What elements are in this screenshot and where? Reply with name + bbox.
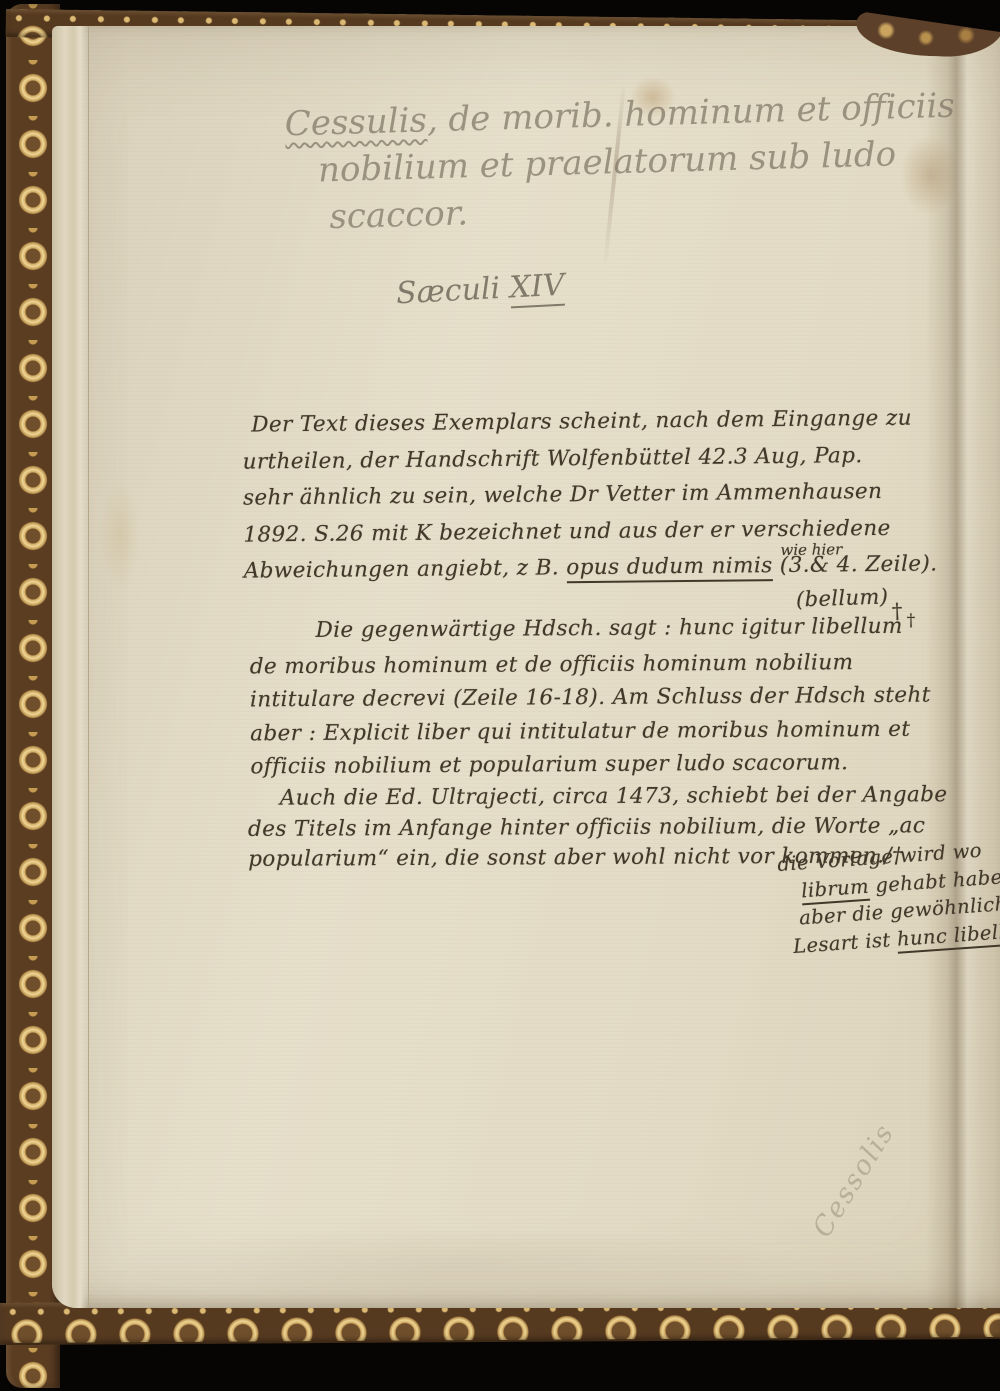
ink-line: Auch die Ed. Ultrajecti, circa 1473, sch… — [248, 780, 948, 814]
ink-line-part: Die gegenwärtige Hdsch. sagt : hunc igit… — [315, 614, 902, 643]
ink-line: aber : Explicit liber qui intitulatur de… — [250, 712, 931, 750]
ink-line: Die gegenwärtige Hdsch. sagt : hunc igit… — [249, 610, 930, 650]
pencil-title-word-underlined: Cessulis — [284, 100, 427, 144]
dagger-mark: † — [907, 611, 916, 631]
ink-line: officiis nobilium et popularium super lu… — [250, 746, 931, 784]
manuscript-photo: Cessulis, de morib. hominum et officiis … — [0, 0, 1000, 1391]
ink-line-part: Abweichungen angiebt, z B. — [244, 555, 567, 583]
century-numeral: XIV — [509, 268, 566, 309]
ink-line: Abweichungen angiebt, z B. opus dudum ni… — [244, 546, 938, 590]
margin-note: die Vorlage wird wo librum gehabt haben … — [776, 833, 1000, 960]
margin-note-part: Lesart ist — [792, 927, 898, 957]
bellum-text: (bellum) — [796, 584, 889, 611]
ink-line-part: wie hier (3.& 4. Zeile). — [772, 551, 937, 578]
century-prefix: Sæculi — [395, 270, 510, 311]
underlined-latin-phrase: opus dudum nimis — [566, 553, 773, 583]
ink-line: intitulare decrevi (Zeile 16-18). Am Sch… — [250, 679, 931, 717]
interlinear-note-bellum: (bellum) † — [796, 584, 889, 611]
ink-line: des Titels im Anfange hinter officiis no… — [248, 811, 948, 845]
pencil-century-note: Sæculi XIV — [395, 268, 565, 312]
ink-line: de moribus hominum et de officiis hominu… — [250, 645, 931, 683]
ink-paragraph-2: Die gegenwärtige Hdsch. sagt : hunc igit… — [249, 610, 931, 784]
pencil-title: Cessulis, de morib. hominum et officiis … — [284, 83, 958, 243]
ink-paragraph-1: Der Text dieses Exemplars scheint, nach … — [242, 400, 938, 590]
page-fore-edge — [52, 26, 89, 1308]
interlinear-insertion: wie hier — [780, 531, 842, 568]
